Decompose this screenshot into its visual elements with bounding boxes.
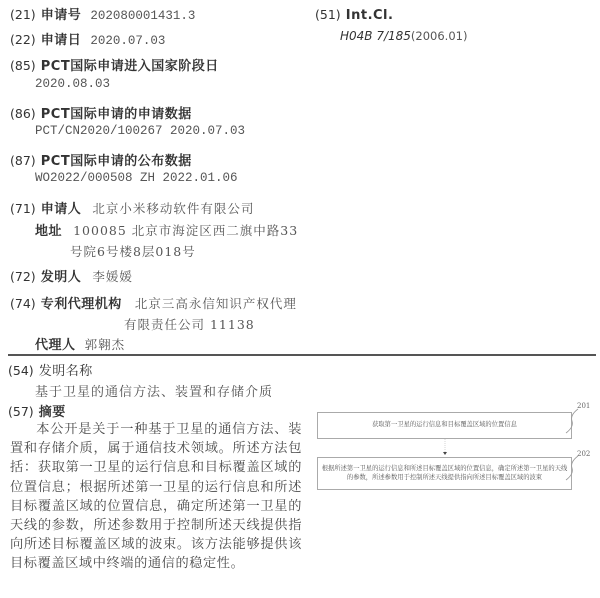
field-label: PCT国际申请的公布数据 — [41, 154, 192, 169]
abstract-text: 本公开是关于一种基于卫星的通信方法、装置和存储介质，属于通信技术领域。所述方法包… — [10, 420, 302, 574]
field-label: 申请人 — [41, 202, 82, 217]
abstract-heading: (57) 摘要 — [8, 401, 66, 420]
field-value: 郭翱杰 — [85, 337, 126, 352]
section-separator — [8, 354, 596, 356]
field-agent: 代理人 郭翱杰 — [35, 334, 125, 353]
field-pct-pub-data-value: WO2022/000508 ZH 2022.01.06 — [35, 171, 238, 185]
field-application-date: (22) 申请日 2020.07.03 — [10, 29, 165, 48]
field-label: PCT国际申请的申请数据 — [41, 107, 192, 122]
arrow-down-icon — [440, 439, 450, 457]
invention-title-heading: (54) 发明名称 — [8, 360, 93, 379]
field-value: 202080001431.3 — [90, 9, 195, 23]
field-code: (86) — [10, 106, 36, 121]
field-pct-app-data-label: (86) PCT国际申请的申请数据 — [10, 103, 192, 122]
field-pct-national-phase-value: 2020.08.03 — [35, 77, 110, 91]
field-code: (22) — [10, 32, 36, 47]
field-label: 代理人 — [35, 338, 76, 353]
field-applicant-address-line2: 号院6号楼8层018号 — [70, 242, 196, 260]
flowchart-step-201: 获取第一卫星的运行信息和目标覆盖区域的位置信息 — [317, 412, 572, 439]
field-code: (21) — [10, 7, 36, 22]
field-value: 2020.07.03 — [90, 34, 165, 48]
flowchart-step-202: 根据所述第一卫星的运行信息和所述目标覆盖区域的位置信息，确定所述第一卫星的天线的… — [317, 457, 572, 490]
leader-line-icon — [560, 452, 590, 482]
field-code: (57) — [8, 404, 34, 419]
field-code: (87) — [10, 153, 36, 168]
field-code: (51) — [315, 7, 341, 22]
field-pct-pub-data-label: (87) PCT国际申请的公布数据 — [10, 150, 192, 169]
field-label: Int.Cl. — [346, 8, 394, 23]
field-code: (85) — [10, 58, 36, 73]
field-value: 李媛媛 — [92, 269, 133, 284]
field-pct-app-data-value: PCT/CN2020/100267 2020.07.03 — [35, 124, 245, 138]
field-label: 发明名称 — [39, 364, 93, 379]
field-code: (72) — [10, 269, 36, 284]
field-label: 申请日 — [41, 33, 82, 48]
field-label: PCT国际申请进入国家阶段日 — [41, 59, 219, 74]
flowchart-step-text: 获取第一卫星的运行信息和目标覆盖区域的位置信息 — [372, 421, 517, 430]
field-value: 北京小米移动软件有限公司 — [92, 201, 254, 216]
field-agency: (74) 专利代理机构 北京三高永信知识产权代理 — [10, 293, 297, 312]
invention-title: 基于卫星的通信方法、装置和存储介质 — [35, 381, 273, 400]
field-inventor: (72) 发明人 李媛媛 — [10, 266, 133, 285]
leader-line-icon — [560, 405, 590, 435]
field-applicant: (71) 申请人 北京小米移动软件有限公司 — [10, 198, 254, 217]
field-label: 专利代理机构 — [41, 297, 122, 312]
field-value: 北京三高永信知识产权代理 — [135, 296, 297, 311]
field-label: 地址 — [35, 224, 62, 239]
field-code: (74) — [10, 296, 36, 311]
classification-version: (2006.01) — [411, 29, 468, 43]
field-pct-national-phase-label: (85) PCT国际申请进入国家阶段日 — [10, 55, 219, 74]
field-label: 申请号 — [41, 8, 82, 23]
field-label: 摘要 — [39, 405, 66, 420]
classification-code: H04B 7/185 — [340, 29, 411, 43]
field-agency-line2: 有限责任公司 11138 — [124, 315, 255, 333]
field-int-cl: (51) Int.Cl. — [315, 4, 393, 23]
field-application-number: (21) 申请号 202080001431.3 — [10, 4, 195, 23]
field-code: (54) — [8, 363, 34, 378]
flowchart-step-text: 根据所述第一卫星的运行信息和所述目标覆盖区域的位置信息，确定所述第一卫星的天线的… — [321, 465, 568, 482]
field-code: (71) — [10, 201, 36, 216]
abstract-body: 本公开是关于一种基于卫星的通信方法、装置和存储介质，属于通信技术领域。所述方法包… — [10, 422, 302, 571]
field-label: 发明人 — [41, 270, 82, 285]
field-applicant-address: 地址 100085 北京市海淀区西二旗中路33 — [35, 220, 298, 239]
field-value: 100085 北京市海淀区西二旗中路33 — [73, 223, 298, 238]
field-int-cl-value: H04B 7/185(2006.01) — [340, 25, 467, 44]
